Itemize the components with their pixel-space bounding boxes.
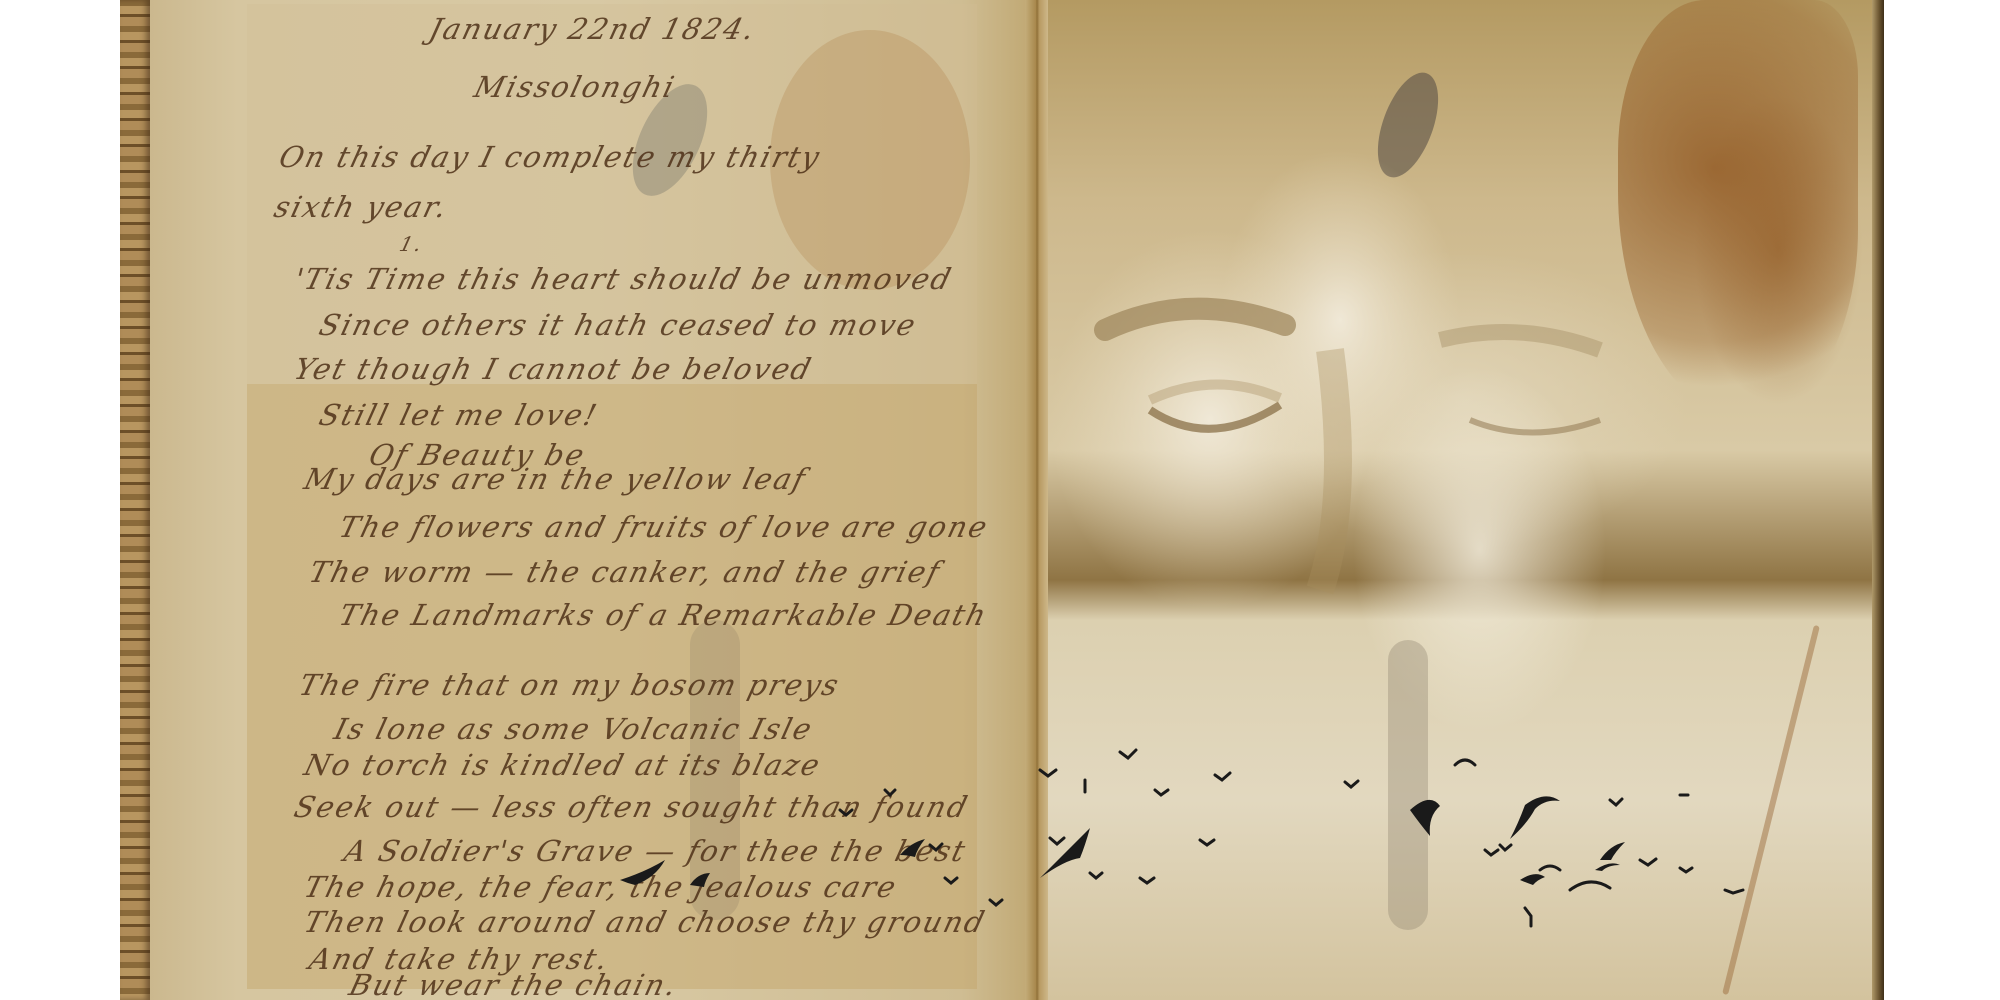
poem-line: Then look around and choose thy ground xyxy=(301,905,990,939)
crease xyxy=(1722,625,1820,995)
manuscript-page: January 22nd 1824. Missolonghi On this d… xyxy=(150,0,1032,1000)
poem-date: January 22nd 1824. xyxy=(426,12,760,46)
poem-line: Still let me love! xyxy=(316,398,602,432)
poem-line: 1. xyxy=(397,232,426,256)
poem-line: Seek out — less often sought than found xyxy=(291,790,973,824)
poem-line: The hope, the fear, the jealous care xyxy=(301,870,901,904)
poem-line: Since others it hath ceased to move xyxy=(316,308,921,342)
book-left-edge xyxy=(120,0,152,1000)
closed-eye-right xyxy=(1470,420,1600,433)
poem-line: But wear the chain. xyxy=(346,968,682,1000)
poem-line: Yet though I cannot be beloved xyxy=(291,352,816,386)
poem-line: 'Tis Time this heart should be unmoved xyxy=(291,262,956,296)
poem-line: sixth year. xyxy=(271,190,452,224)
poem-line: My days are in the yellow leaf xyxy=(301,462,811,496)
poem-line: The fire that on my bosom preys xyxy=(296,668,844,702)
poem-line: The flowers and fruits of love are gone xyxy=(336,510,993,544)
poem-line: The worm — the canker, and the grief xyxy=(306,555,945,589)
poem-line: No torch is kindled at its blaze xyxy=(301,748,825,782)
eyebrow-right xyxy=(1440,332,1600,350)
poem-line: On this day I complete my thirty xyxy=(276,140,825,174)
handwritten-poem: January 22nd 1824. Missolonghi On this d… xyxy=(250,0,970,1000)
death-mask-face xyxy=(1000,120,1640,640)
poem-line: A Soldier's Grave — for thee the best xyxy=(341,834,971,868)
poem-line: The Landmarks of a Remarkable Death xyxy=(336,598,992,632)
book-right-edge xyxy=(1872,0,1884,1000)
poem-place: Missolonghi xyxy=(471,70,680,104)
poem-line: Is lone as some Volcanic Isle xyxy=(331,712,817,746)
vertical-stain xyxy=(1388,640,1428,930)
rust-stain xyxy=(1618,0,1858,420)
